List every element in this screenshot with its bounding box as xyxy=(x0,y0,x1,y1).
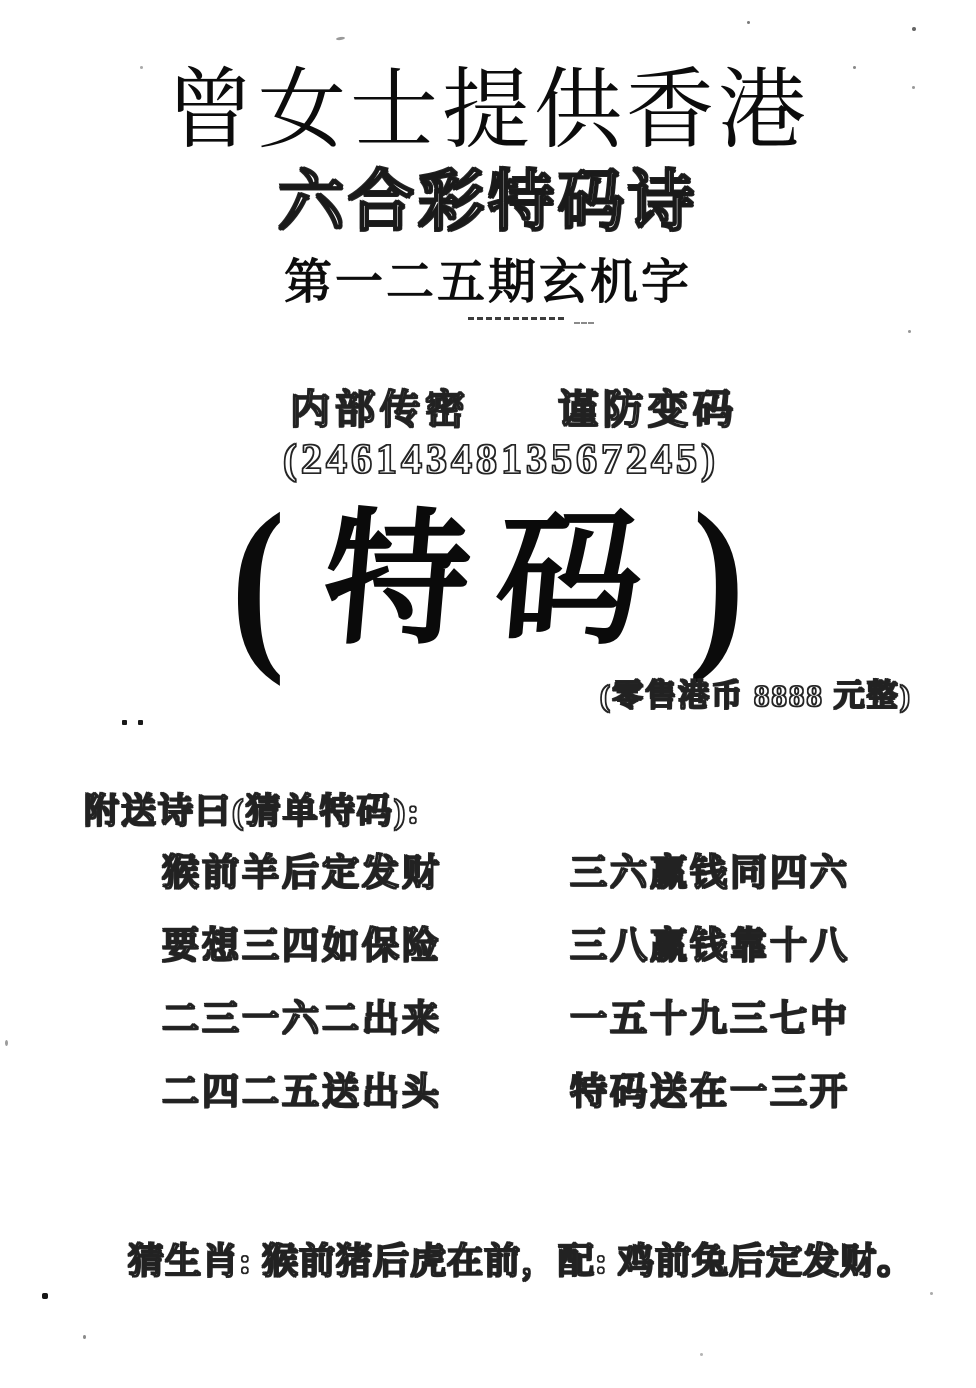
special-open-paren: ( xyxy=(231,495,285,668)
noise-speck xyxy=(747,21,750,24)
ink-dot xyxy=(138,720,143,725)
issue-underline-dash-small xyxy=(574,322,594,324)
noise-speck xyxy=(336,36,345,40)
document-title-lottery: 六合彩特码诗 xyxy=(0,168,976,237)
zodiac-hint-line: 猜生肖: 猴前猪后虎在前，配: 鸡前兔后定发财。 xyxy=(128,1243,914,1281)
serial-number: (2461434813567245) xyxy=(283,438,719,482)
special-code-banner: ( 特码 ) xyxy=(0,486,976,676)
notice-beware-code-change: 谨防变码 xyxy=(558,389,738,431)
poem-line-right-2: 三八赢钱靠十八 xyxy=(570,928,850,967)
noise-speck xyxy=(5,1040,8,1046)
notice-internal-secret: 内部传密 xyxy=(290,389,470,431)
special-code-text: 特码 xyxy=(318,508,675,654)
document-title-issue: 第一二五期玄机字 xyxy=(0,258,976,308)
poem-line-left-1: 猴前羊后定发财 xyxy=(162,855,442,894)
poem-line-right-4: 特码送在一三开 xyxy=(570,1074,850,1113)
noise-speck xyxy=(83,1335,86,1339)
noise-speck xyxy=(930,1292,933,1295)
noise-speck xyxy=(912,27,916,31)
noise-speck xyxy=(140,66,143,69)
document-title-provider: 曾女士提供香港 xyxy=(0,66,976,158)
noise-speck xyxy=(853,66,856,69)
issue-underline-dash xyxy=(468,317,564,320)
noise-speck xyxy=(700,1353,703,1356)
poem-line-left-2: 要想三四如保险 xyxy=(162,928,442,967)
noise-speck xyxy=(42,1293,48,1299)
price-note: (零售港币 8888 元整) xyxy=(600,680,912,713)
poem-line-right-1: 三六赢钱同四六 xyxy=(570,855,850,894)
poem-line-right-3: 一五十九三七中 xyxy=(570,1001,850,1040)
poem-line-left-4: 二四二五送出头 xyxy=(162,1074,442,1113)
special-close-paren: ) xyxy=(688,494,747,669)
poem-heading: 附送诗曰(猜单特码): xyxy=(84,794,421,831)
ink-dot xyxy=(122,720,127,725)
poem-line-left-3: 二三一六二出来 xyxy=(162,1001,442,1040)
scanned-lottery-sheet: 曾女士提供香港 六合彩特码诗 第一二五期玄机字 内部传密 谨防变码 (24614… xyxy=(0,0,976,1388)
noise-speck xyxy=(908,330,911,333)
noise-speck xyxy=(912,86,915,89)
